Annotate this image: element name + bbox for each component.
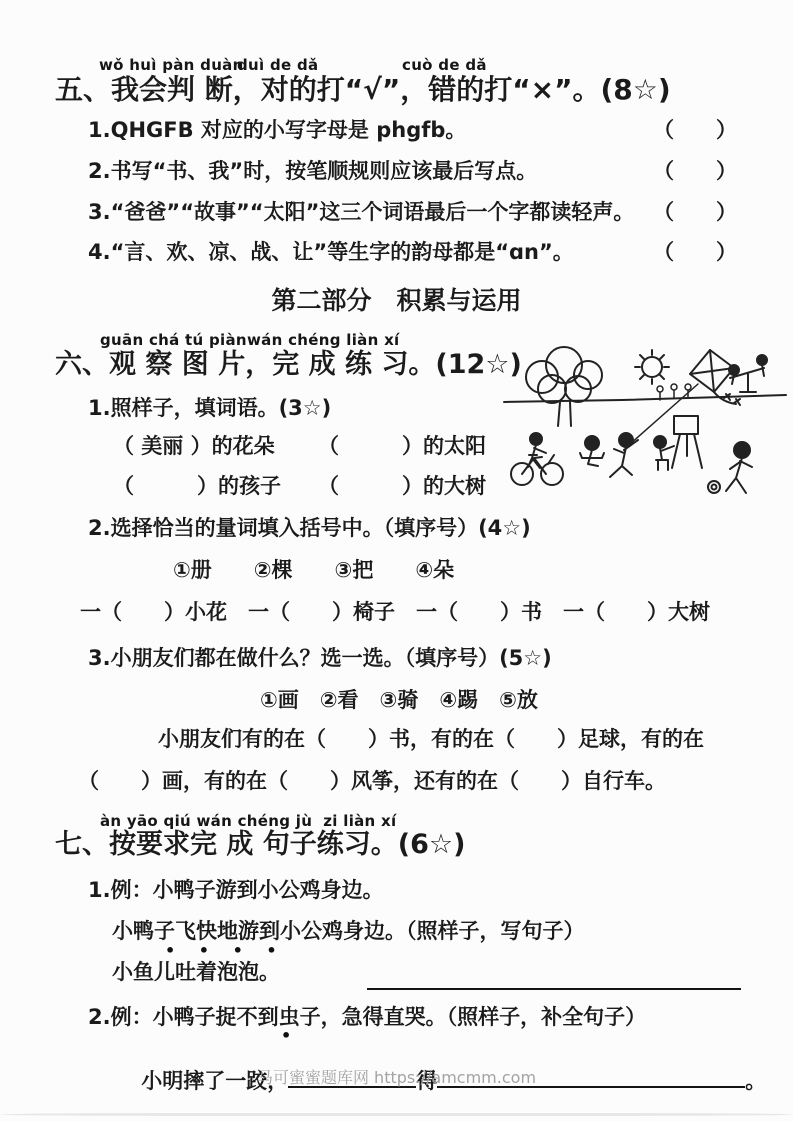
answer-blank-line <box>367 966 741 990</box>
exam-page: wǒ huì pàn duàn duì de dǎ cuò de dǎ 五、我会… <box>0 0 793 1121</box>
s7q1-example: 1.例：小鸭子游到小公鸡身边。 <box>88 877 384 903</box>
q2-fill-line: 一（ ）小花 一（ ）椅子 一（ ）书 一（ ）大树 <box>80 599 710 625</box>
pinyin-sec6-2: wán chéng liàn xí <box>247 331 400 350</box>
q2-options: ①册 ②棵 ③把 ④朵 <box>173 557 454 583</box>
judge-item-4-brackets: （ ） <box>653 239 737 265</box>
pinyin-sec6-1: guān chá tú piàn <box>100 331 247 350</box>
football-child-icon <box>708 442 752 493</box>
q3-title: 3.小朋友们都在做什么？选一选。（填序号）(5☆) <box>88 645 552 671</box>
q1-row2-left: （ ）的孩子 <box>113 473 281 499</box>
q1-row1-left: （ 美丽 ）的花朵 <box>113 433 275 459</box>
judge-item-3-text: 3.“爸爸”“故事”“太阳”这三个词语最后一个字都读轻声。 <box>88 199 634 225</box>
reading-child-icon <box>580 436 604 466</box>
judge-item-3-brackets: （ ） <box>653 199 737 225</box>
q1-row2-right: （ ）的大树 <box>318 473 486 499</box>
cyclist-icon <box>511 433 563 485</box>
kite-flyer-icon <box>610 433 638 477</box>
judge-item-1-text: 1.QHGFB 对应的小写字母是 phgfb。 <box>88 117 466 143</box>
q1-row1-right: （ ）的太阳 <box>318 433 486 459</box>
section6-title: 六、观 察 图 片，完 成 练 习。(12☆) <box>55 348 522 382</box>
judge-item-2-brackets: （ ） <box>653 158 737 184</box>
tree-icon <box>526 347 602 426</box>
judge-item-2-text: 2.书写“书、我”时，按笔顺规则应该最后写点。 <box>88 158 537 184</box>
part2-heading: 第二部分 积累与运用 <box>0 285 793 316</box>
q3-sentence-line1: 小朋友们有的在（ ）书，有的在（ ）足球，有的在 <box>158 726 704 752</box>
q1-title: 1.照样子，填词语。(3☆) <box>88 395 331 421</box>
painter-icon <box>654 416 702 470</box>
sun-icon <box>635 350 669 384</box>
ball-icon <box>708 481 720 493</box>
q3-sentence-line2: （ ）画，有的在（ ）风筝，还有的在（ ）自行车。 <box>78 768 666 794</box>
q3-options: ①画 ②看 ③骑 ④踢 ⑤放 <box>260 687 538 713</box>
s7q1-prompt: 小鱼儿吐着泡泡。 <box>112 959 280 985</box>
judge-item-1-brackets: （ ） <box>653 117 737 143</box>
section7-title: 七、按要求完 成 句子练习。(6☆) <box>55 828 465 862</box>
emphasis-dots: • • • • <box>165 941 286 961</box>
seesaw-children-icon <box>729 355 767 392</box>
s7q2-example: 2.例：小鸭子捉不到虫子，急得直哭。（照样子，补全句子） <box>88 1004 646 1030</box>
section5-title: 五、我会判 断，对的打“√”，错的打“×”。(8☆) <box>55 72 671 107</box>
playground-illustration <box>502 346 788 504</box>
page-edge <box>0 1113 793 1116</box>
judge-item-4-text: 4.“言、欢、凉、战、让”等生字的韵母都是“ɑn”。 <box>88 239 574 265</box>
watermark-footer: 马可蜜蜜题库网 https://amcmm.com <box>0 1068 793 1088</box>
q2-title: 2.选择恰当的量词填入括号中。（填序号）(4☆) <box>88 515 531 541</box>
